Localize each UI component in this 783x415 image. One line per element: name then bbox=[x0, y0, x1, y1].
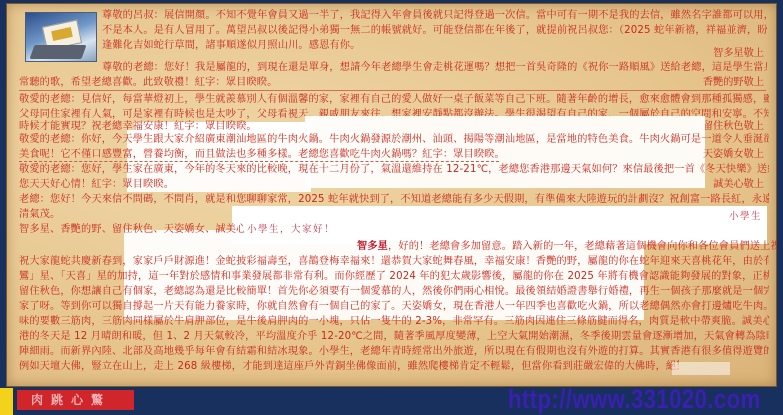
letter-6-line-2: 清氣茂。 bbox=[19, 207, 99, 222]
letter-paper: 尊敬的呂叔：展信開顏。不知不覺年會員又過一半了，我記得入年會員後就只記得登過一次… bbox=[6, 3, 777, 387]
highlight-box bbox=[672, 362, 730, 375]
reply-line-8: 例如天壇大佛，豎立在山上，走上 268 級樓梯，才能到達這座戶外青銅坐佛像面前，… bbox=[19, 359, 679, 374]
letter-1-line-3: 逢難化吉如蛇行草間，諸事順遂似月照山川。感恩有你。 bbox=[102, 38, 402, 53]
letter-2-line-1: 尊敬的老總：您好！我是屬龍的，到現在還是單身，想請今年老總學生會走桃花運嗎？想把… bbox=[102, 60, 767, 75]
letter-1-line-2: 不是本人。是有人冒用了。萬望呂叔以後記得小弟獨一無二的帳號就好。可能登信都在年後… bbox=[102, 23, 767, 38]
reply-line-1: 祝大家龍蛇共慶新春到，家家戶戶財源進！金蛇披彩福壽至，喜鵲登梅幸福來！還恭賀大家… bbox=[19, 254, 769, 269]
letter-4-signature: 天姿嬌女敬上 bbox=[703, 147, 764, 162]
letter-4-line-2: 美食呢！它不僅口感豐富，營養均衡，而且做法也多種多樣。老總您喜歡吃牛肉火鍋嗎？紅… bbox=[19, 147, 499, 162]
greeting-names: 智多星、香艷的野、留住秋色、天姿嬌女、誠美心、 bbox=[19, 222, 244, 237]
divider bbox=[19, 90, 766, 91]
letter-6-signature: 小學生 bbox=[729, 209, 762, 224]
letter-2-signature: 香艷的野敬上 bbox=[703, 75, 764, 90]
site-url-watermark: http://www.331020.com bbox=[508, 384, 761, 414]
letter-5-line-2: 您天天好心情！紅字：眾目睽睽。 bbox=[19, 177, 319, 192]
letter-3-line-1: 敬愛的老總：見信好，每當華燈初上，學生就羨慕別人有個溫馨的家，家裡有自己的愛人做… bbox=[19, 92, 769, 107]
section-title: 肉跳心驚 bbox=[17, 390, 134, 410]
reply-lead-text: ，好的！老總會多加留意。踏入新的一年，老總藉著這個機會向你和各位會員們送上祝福： bbox=[388, 241, 777, 252]
letter-6-line-1: 老總：您好！今天來信不問碼，不問肖，就是和您聊聊家常，2025 蛇年就快到了，不… bbox=[19, 192, 769, 207]
reply-line-5: 味的要數三筋肉，三筋肉同樣屬於牛肩胛部位，是牛後肩胛肉的一小塊，只佔一隻牛的 2… bbox=[19, 314, 769, 329]
mail-laptop-image bbox=[25, 12, 97, 62]
reply-lead: 智多星，好的！老總會多加留意。踏入新的一年，老總藉著這個機會向你和各位會員們送上… bbox=[357, 239, 777, 254]
letter-1-signature: 智多星敬上 bbox=[713, 46, 764, 61]
letter-5-signature: 誠美心敬上 bbox=[713, 177, 764, 192]
reply-line-7: 陣細雨。而新界內陸、北部及高地幾乎每年會有結霜和結冰現象。小學生，老總年青時經常… bbox=[19, 344, 769, 359]
reply-line-6: 港的冬天是 12 月晴朗和暖，但 1、2 月天氣較冷，平均溫度介乎 12-20℃… bbox=[19, 329, 769, 344]
reply-line-2: 鸞」星、「天喜」星的加持，這一年對於感情和事業發展都非常有利。而你經歷了 202… bbox=[19, 269, 769, 284]
letter-4-line-1: 敬愛的老總：你好，今天學生跟大家介紹廣東潮汕地區的牛肉火鍋。牛肉火鍋發源於潮州、… bbox=[19, 132, 769, 147]
letter-1-line-1: 尊敬的呂叔：展信開顏。不知不覺年會員又過一半了，我記得入年會員後就只記得登過一次… bbox=[102, 8, 767, 23]
reply-line-3: 留住秋色，你想讓自己有個家，老總認為還是比較簡單！首先你必須要有一個愛慕的人，然… bbox=[19, 284, 769, 299]
greeting-reply: 小學生，大家好！ bbox=[247, 222, 367, 237]
left-yellow-strip bbox=[0, 388, 13, 415]
reply-lead-name: 智多星 bbox=[357, 241, 388, 252]
reply-line-4: 家了呀。等到你可以獨自撐起一片天有能力養家時，你就自然會有一個自己的家了。天姿嬌… bbox=[19, 299, 769, 314]
letter-2-line-2: 常聽的歌，希望老總喜歡。此致敬禮！紅字：眾目睽睽。 bbox=[19, 75, 419, 90]
laptop-shape bbox=[29, 45, 86, 59]
letter-5-line-1: 敬愛的老總：您好，學生家在廣東，今年的冬天來的比較晚，現在十二月份了，氣溫還維持… bbox=[19, 162, 769, 177]
